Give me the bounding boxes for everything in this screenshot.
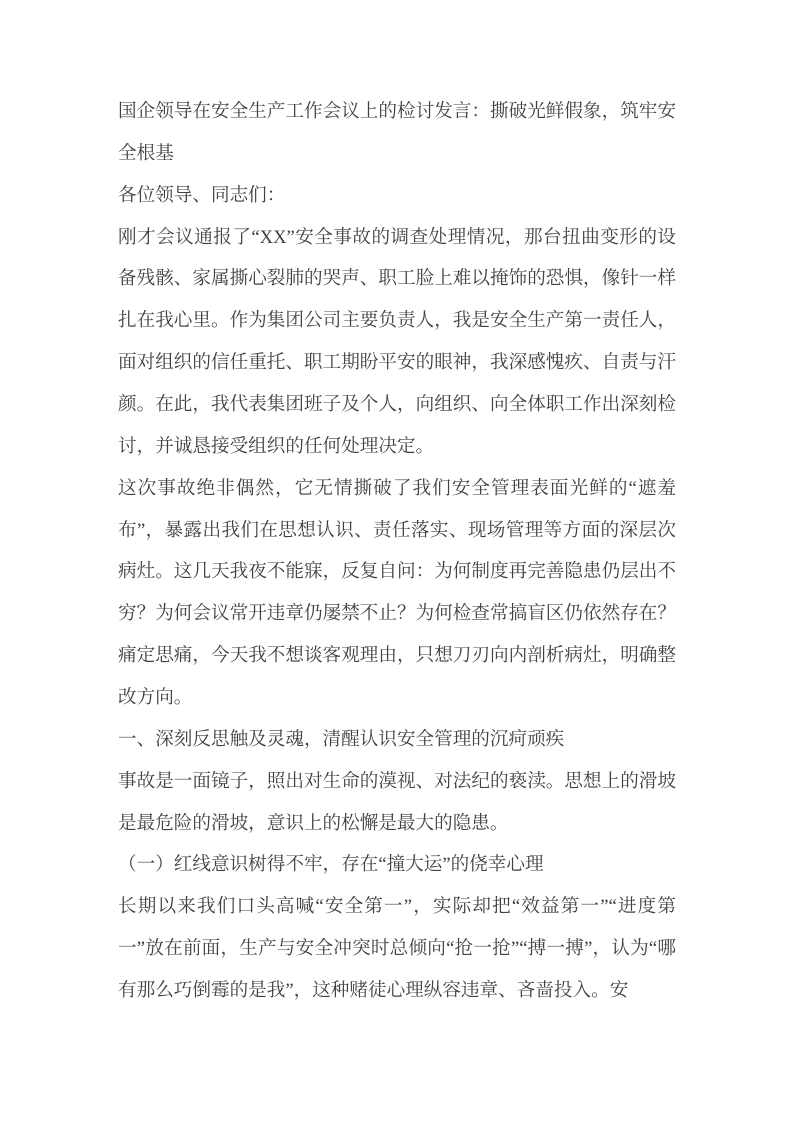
body-paragraph: 刚才会议通报了“XX”安全事故的调查处理情况，那台扭曲变形的设备残骸、家属撕心裂… <box>118 217 676 468</box>
document-title: 国企领导在安全生产工作会议上的检讨发言：撕破光鲜假象，筑牢安全根基 <box>118 91 676 175</box>
body-paragraph: 事故是一面镜子，照出对生命的漠视、对法纪的亵渎。思想上的滑坡是最危险的滑坡，意识… <box>118 761 676 845</box>
body-paragraph: 长期以来我们口头高喊“安全第一”，实际却把“效益第一”“进度第一”放在前面，生产… <box>118 886 676 1012</box>
section-heading: 一、深刻反思触及灵魂，清醒认识安全管理的沉疴顽疾 <box>118 719 676 761</box>
body-paragraph: 这次事故绝非偶然，它无情撕破了我们安全管理表面光鲜的“遮羞布”，暴露出我们在思想… <box>118 468 676 719</box>
document-page: 国企领导在安全生产工作会议上的检讨发言：撕破光鲜假象，筑牢安全根基 各位领导、同… <box>0 0 793 1122</box>
subsection-heading: （一）红线意识树得不牢，存在“撞大运”的侥幸心理 <box>118 844 676 886</box>
document-content: 国企领导在安全生产工作会议上的检讨发言：撕破光鲜假象，筑牢安全根基 各位领导、同… <box>0 0 793 1012</box>
salutation-paragraph: 各位领导、同志们： <box>118 175 676 217</box>
